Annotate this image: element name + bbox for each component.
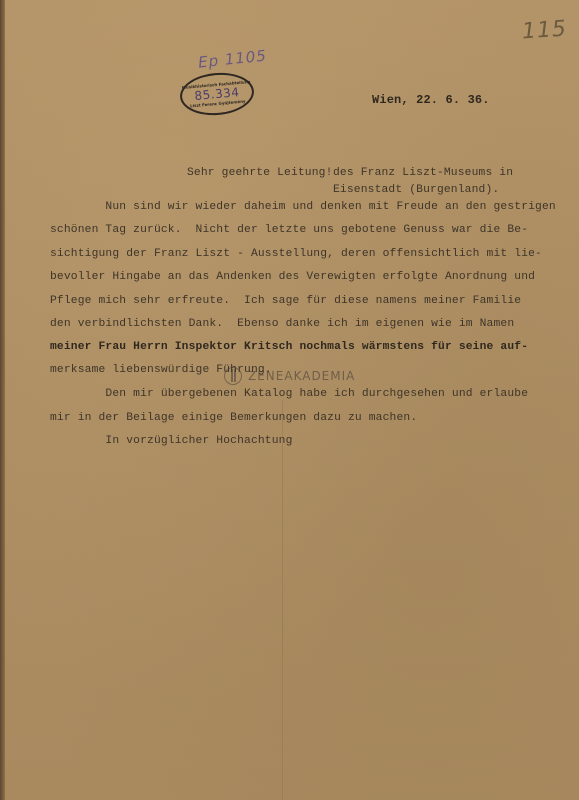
academy-logo-icon [224, 367, 242, 385]
closing-line: In vorzüglicher Hochachtung [50, 435, 293, 447]
body-line: den verbindlichsten Dank. Ebenso danke i… [50, 318, 514, 330]
archive-stamp: Musikhistorisch Fachabteilung 85.334 Lis… [178, 70, 255, 118]
letter-date: Wien, 22. 6. 36. [372, 93, 490, 107]
watermark: ZENEAKADEMIA [224, 367, 355, 385]
handwritten-page-number: 115 [521, 16, 568, 44]
body-line: meiner Frau Herrn Inspektor Kritsch noch… [50, 341, 528, 353]
paper-fold-line [282, 400, 283, 800]
body-line: mir in der Beilage einige Bemerkungen da… [50, 412, 417, 424]
letter-page: 115 Ep 1105 Musikhistorisch Fachabteilun… [0, 0, 579, 800]
salutation: Sehr geehrte Leitung! [187, 167, 333, 179]
watermark-text: ZENEAKADEMIA [248, 369, 355, 383]
addressee-line-2: Eisenstadt (Burgenland). [333, 184, 499, 196]
body-line: Pflege mich sehr erfreute. Ich sage für … [50, 295, 521, 307]
handwritten-archive-reference: Ep 1105 [197, 46, 267, 71]
body-line: schönen Tag zurück. Nicht der letzte uns… [50, 224, 528, 236]
body-line: sichtigung der Franz Liszt - Ausstellung… [50, 248, 542, 260]
body-line: Nun sind wir wieder daheim und denken mi… [50, 201, 556, 213]
body-line: bevoller Hingabe an das Andenken des Ver… [50, 271, 535, 283]
addressee-line-1: des Franz Liszt-Museums in [333, 167, 513, 179]
page-edge-shadow [0, 0, 5, 800]
body-line: Den mir übergebenen Katalog habe ich dur… [50, 388, 528, 400]
